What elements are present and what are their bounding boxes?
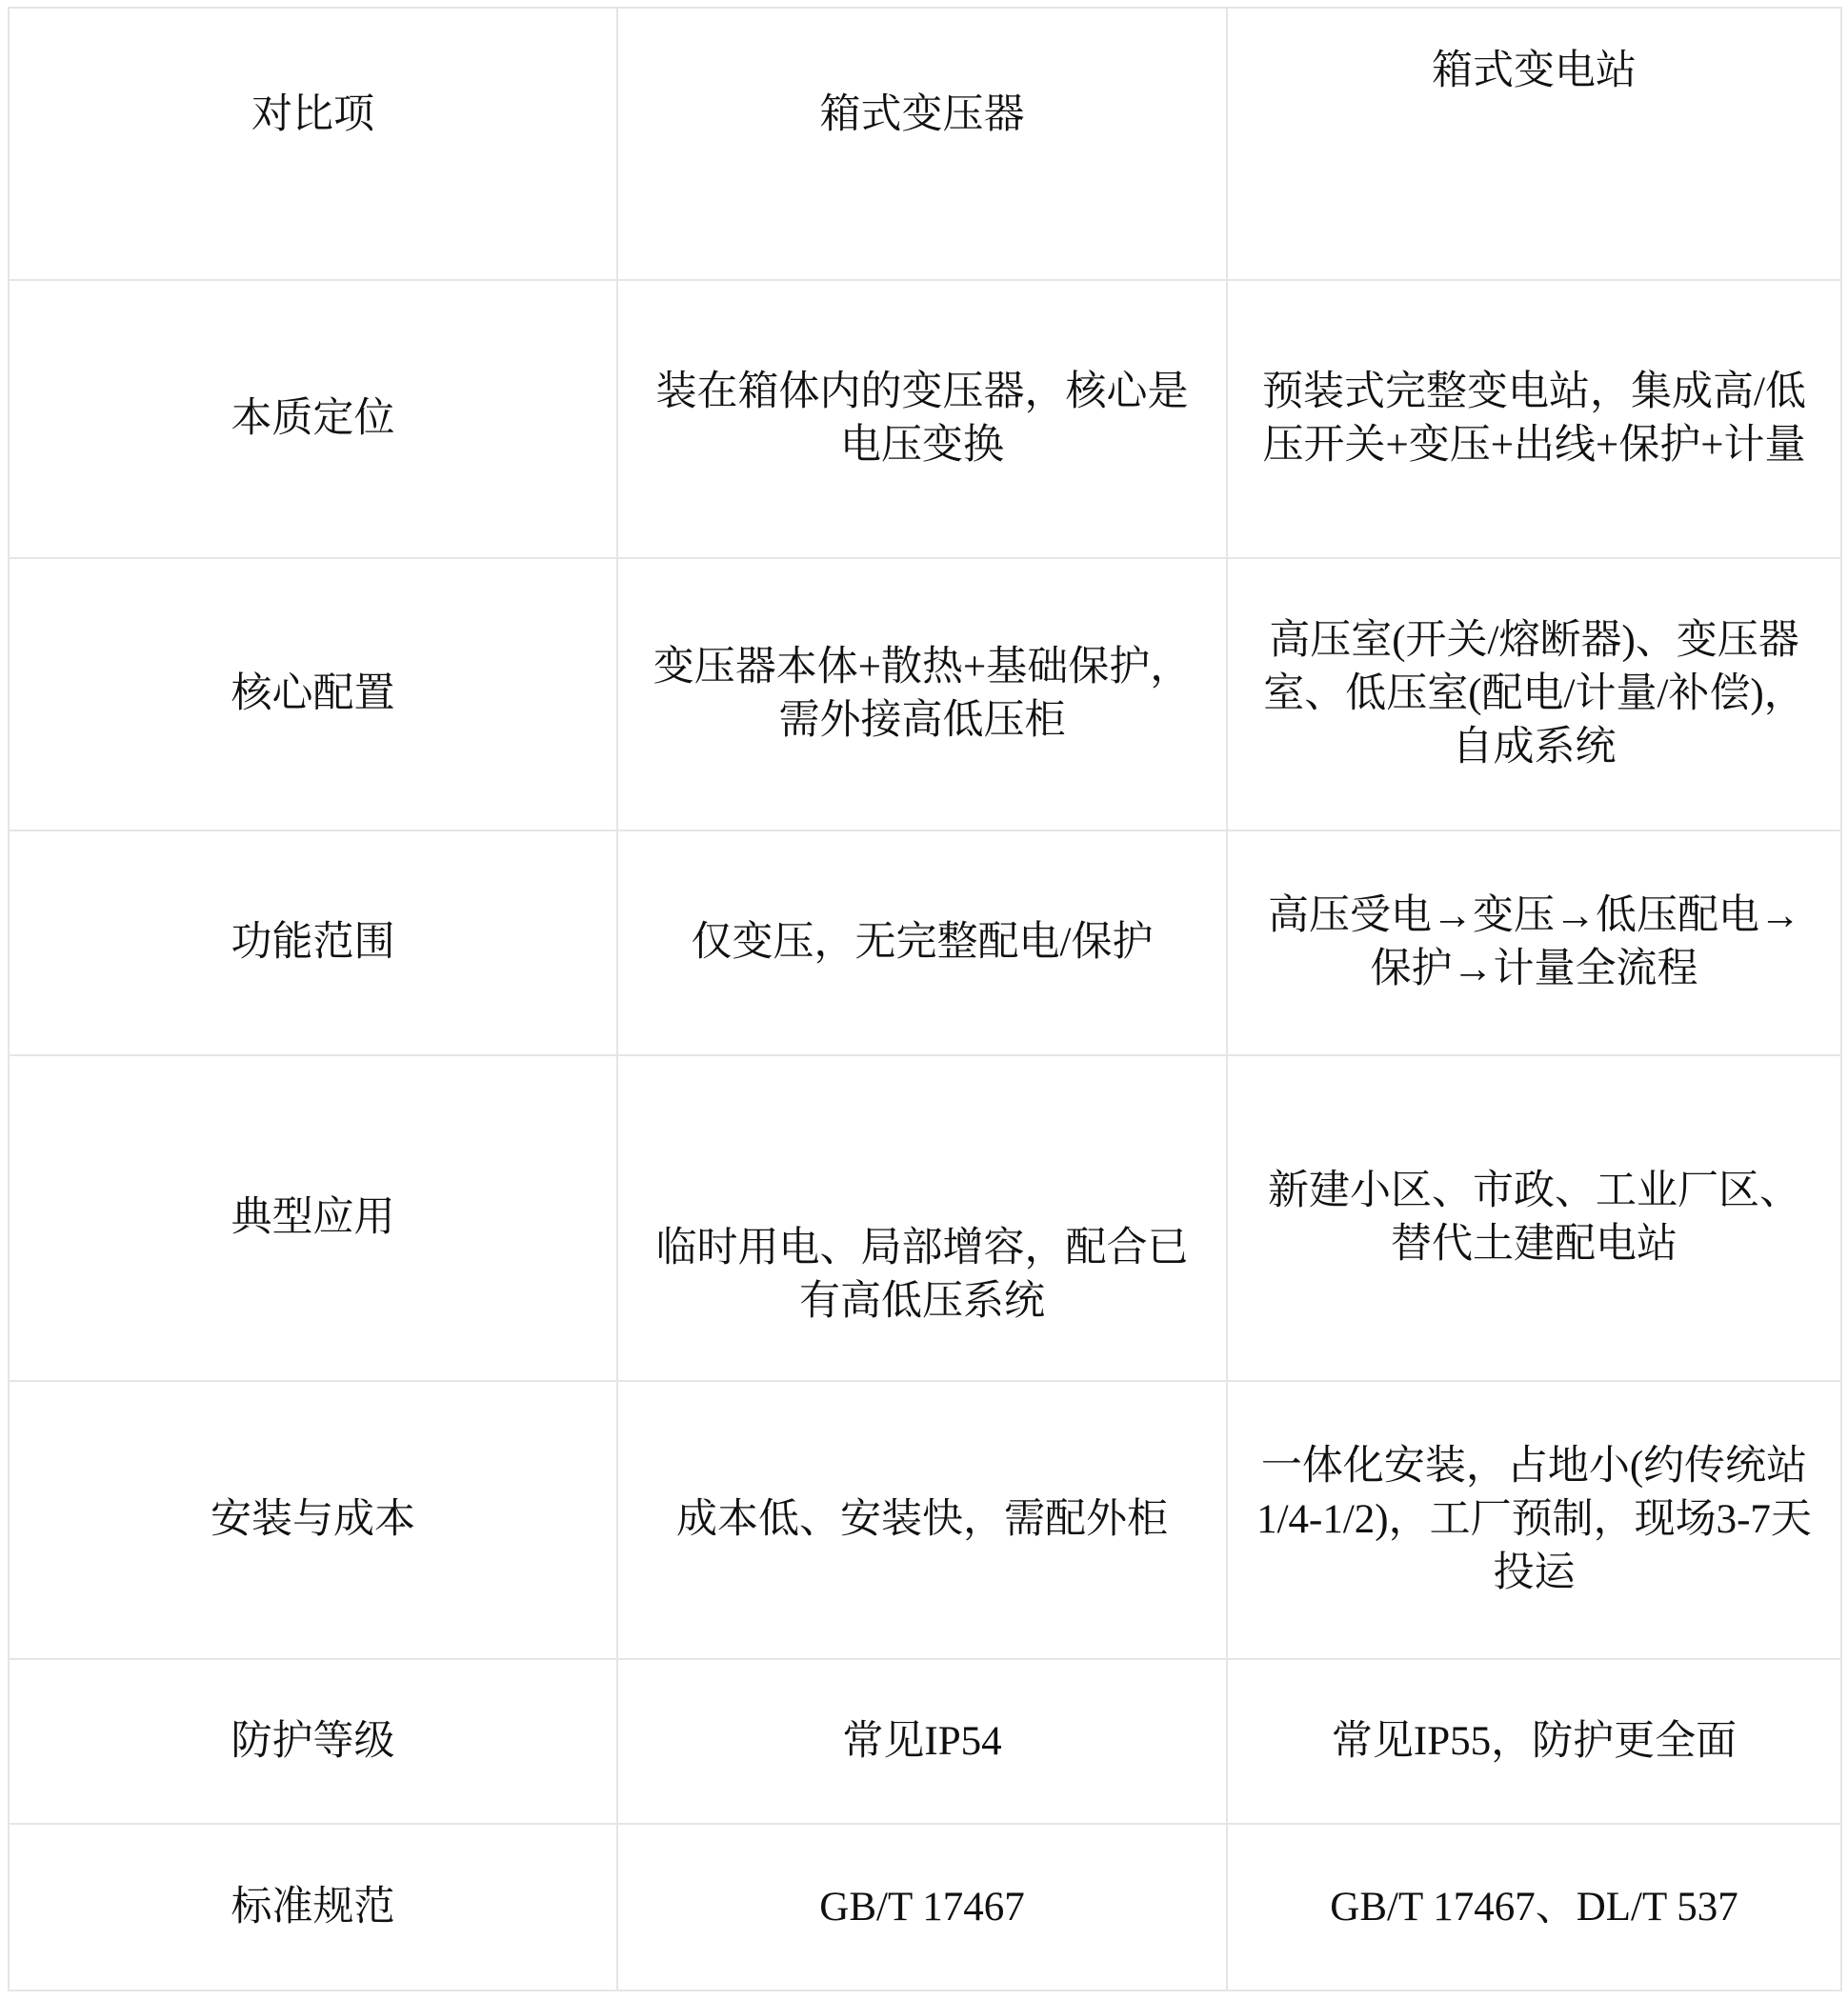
cell-text: GB/T 17467	[643, 1881, 1201, 1934]
row-label-text: 核心配置	[34, 668, 592, 721]
row-label: 本质定位	[9, 280, 617, 558]
row-label-text: 功能范围	[34, 916, 592, 970]
row-label: 安装与成本	[9, 1381, 617, 1659]
header-row: 对比项 箱式变压器 箱式变电站	[9, 8, 1841, 280]
cell-text: 变压器本体+散热+基础保护，需外接高低压柜	[643, 641, 1201, 748]
cell-box-transformer: 仅变压，无完整配电/保护	[617, 830, 1227, 1055]
row-label-text: 典型应用	[34, 1191, 592, 1245]
cell-box-substation: 高压受电→变压→低压配电→保护→计量全流程	[1227, 830, 1841, 1055]
cell-text: 成本低、安装快，需配外柜	[643, 1493, 1201, 1547]
cell-text: 常见IP54	[643, 1715, 1201, 1769]
row-label: 标准规范	[9, 1824, 617, 1990]
cell-box-transformer: 变压器本体+散热+基础保护，需外接高低压柜	[617, 558, 1227, 830]
cell-text: GB/T 17467、DL/T 537	[1253, 1881, 1816, 1934]
row-label-text: 本质定位	[34, 392, 592, 446]
table-row-core-config: 核心配置 变压器本体+散热+基础保护，需外接高低压柜 高压室(开关/熔断器)、变…	[9, 558, 1841, 830]
column-header-box-substation: 箱式变电站	[1227, 8, 1841, 280]
cell-text: 高压受电→变压→低压配电→保护→计量全流程	[1253, 890, 1816, 996]
cell-text: 一体化安装，占地小(约传统站1/4-1/2)，工厂预制，现场3-7天投运	[1253, 1440, 1816, 1600]
cell-box-transformer: GB/T 17467	[617, 1824, 1227, 1990]
row-label: 防护等级	[9, 1659, 617, 1824]
column-header-box-transformer: 箱式变压器	[617, 8, 1227, 280]
cell-text: 新建小区、市政、工业厂区、替代土建配电站	[1253, 1165, 1816, 1271]
cell-box-substation: 预装式完整变电站，集成高/低压开关+变压+出线+保护+计量	[1227, 280, 1841, 558]
cell-text: 常见IP55，防护更全面	[1253, 1715, 1816, 1769]
cell-text: 临时用电、局部增容，配合已有高低压系统	[643, 1222, 1201, 1329]
cell-box-transformer: 临时用电、局部增容，配合已有高低压系统	[617, 1055, 1227, 1381]
table-row-standards: 标准规范 GB/T 17467 GB/T 17467、DL/T 537	[9, 1824, 1841, 1990]
comparison-table: 对比项 箱式变压器 箱式变电站 本质定位 装在箱体内的变压器，核心是电压变换 预…	[8, 7, 1842, 1991]
cell-text: 装在箱体内的变压器，核心是电压变换	[643, 366, 1201, 472]
cell-text: 高压室(开关/熔断器)、变压器室、低压室(配电/计量/补偿)，自成系统	[1253, 614, 1816, 774]
row-label-text: 标准规范	[34, 1881, 592, 1934]
cell-box-substation: 高压室(开关/熔断器)、变压器室、低压室(配电/计量/补偿)，自成系统	[1227, 558, 1841, 830]
cell-box-transformer: 装在箱体内的变压器，核心是电压变换	[617, 280, 1227, 558]
cell-text: 仅变压，无完整配电/保护	[643, 916, 1201, 970]
row-label: 典型应用	[9, 1055, 617, 1381]
cell-box-transformer: 成本低、安装快，需配外柜	[617, 1381, 1227, 1659]
column-header-box-substation-label: 箱式变电站	[1253, 45, 1816, 98]
row-label-text: 安装与成本	[34, 1493, 592, 1547]
table-row-install-cost: 安装与成本 成本低、安装快，需配外柜 一体化安装，占地小(约传统站1/4-1/2…	[9, 1381, 1841, 1659]
table-row-typical-application: 典型应用 临时用电、局部增容，配合已有高低压系统 新建小区、市政、工业厂区、替代…	[9, 1055, 1841, 1381]
row-label: 功能范围	[9, 830, 617, 1055]
cell-box-transformer: 常见IP54	[617, 1659, 1227, 1824]
column-header-box-transformer-label: 箱式变压器	[643, 89, 1201, 142]
column-header-item: 对比项	[9, 8, 617, 280]
table-row-protection-level: 防护等级 常见IP54 常见IP55，防护更全面	[9, 1659, 1841, 1824]
cell-box-substation: 一体化安装，占地小(约传统站1/4-1/2)，工厂预制，现场3-7天投运	[1227, 1381, 1841, 1659]
page: 对比项 箱式变压器 箱式变电站 本质定位 装在箱体内的变压器，核心是电压变换 预…	[0, 0, 1848, 2000]
cell-box-substation: 常见IP55，防护更全面	[1227, 1659, 1841, 1824]
cell-text: 预装式完整变电站，集成高/低压开关+变压+出线+保护+计量	[1253, 366, 1816, 472]
row-label: 核心配置	[9, 558, 617, 830]
cell-box-substation: GB/T 17467、DL/T 537	[1227, 1824, 1841, 1990]
column-header-item-label: 对比项	[34, 89, 592, 142]
cell-box-substation: 新建小区、市政、工业厂区、替代土建配电站	[1227, 1055, 1841, 1381]
row-label-text: 防护等级	[34, 1715, 592, 1769]
table-row-function-scope: 功能范围 仅变压，无完整配电/保护 高压受电→变压→低压配电→保护→计量全流程	[9, 830, 1841, 1055]
table-row-essence: 本质定位 装在箱体内的变压器，核心是电压变换 预装式完整变电站，集成高/低压开关…	[9, 280, 1841, 558]
